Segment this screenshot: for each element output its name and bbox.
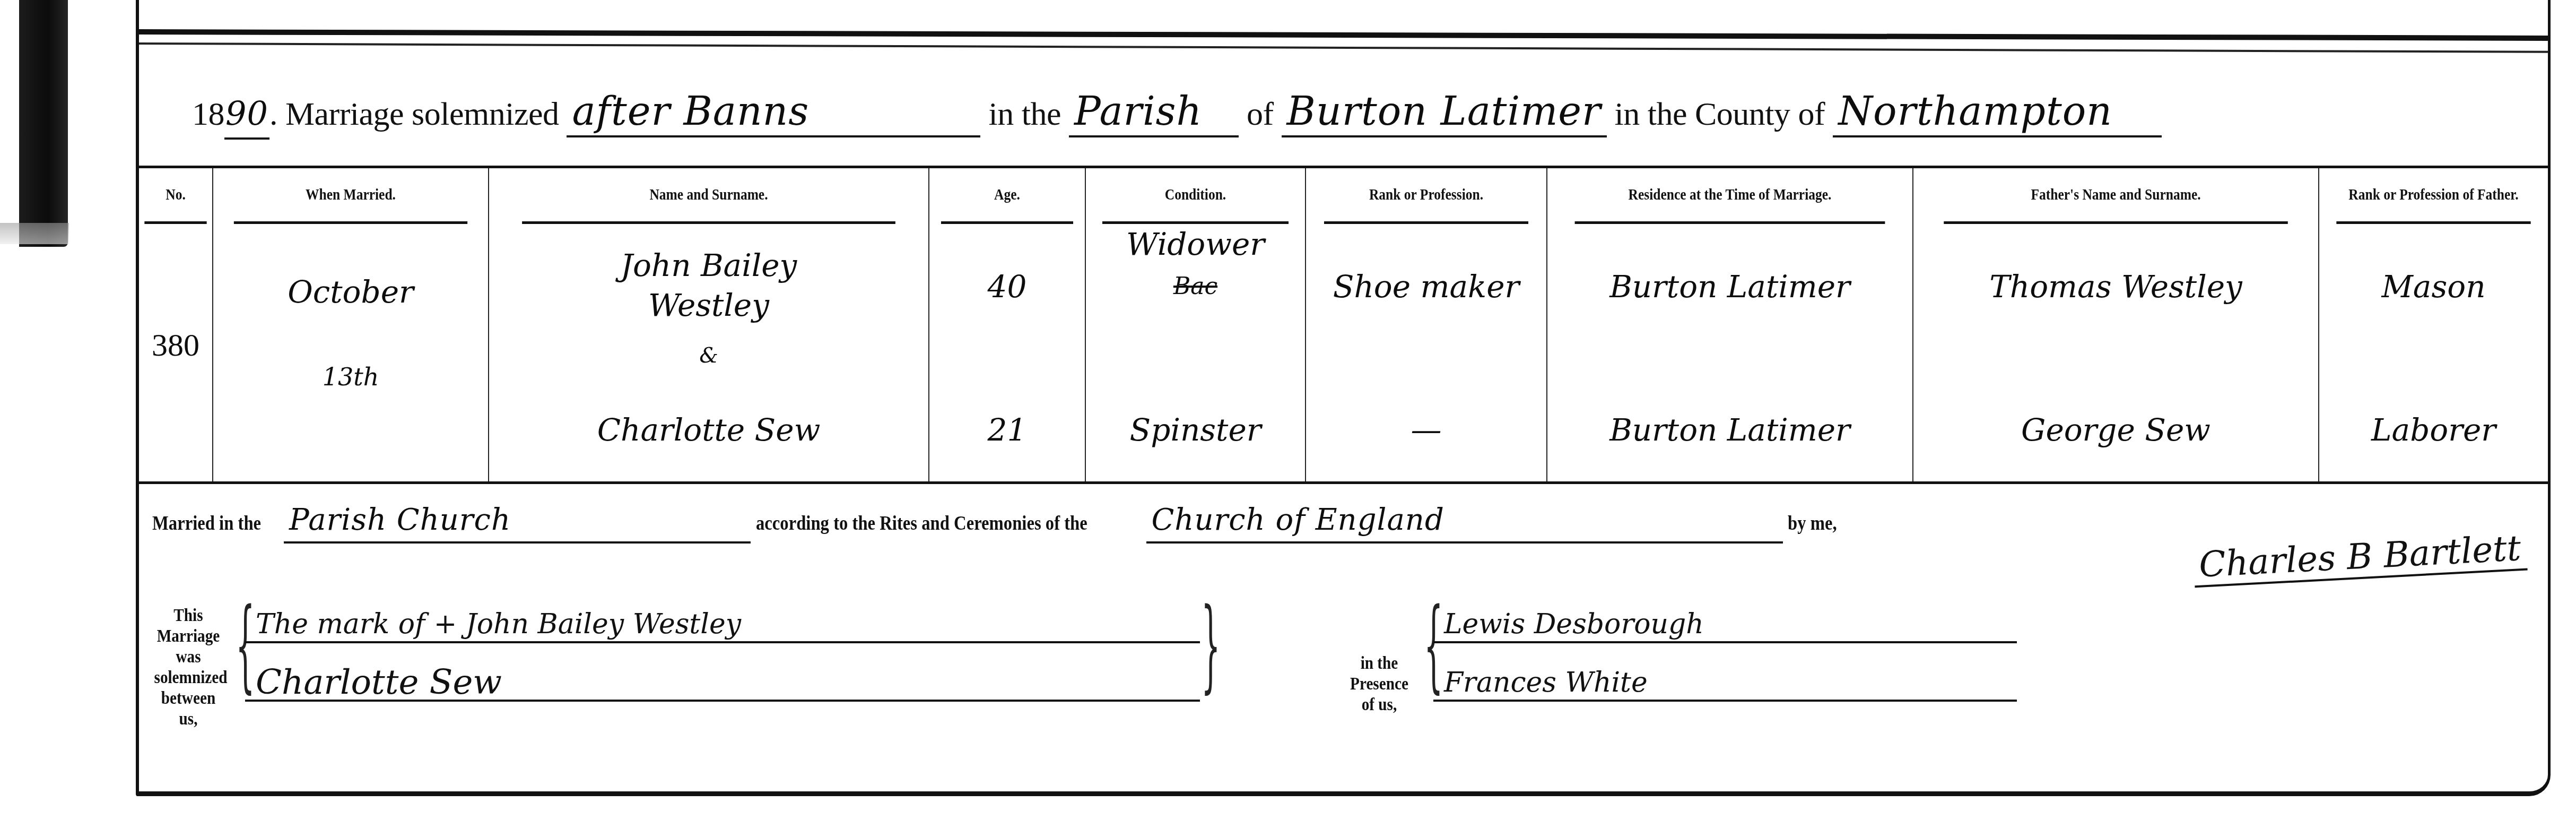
presence-label: in the Presence of us, [1347, 653, 1411, 715]
bride-profession: — [1306, 412, 1546, 447]
in-the-county-label: in the County [1615, 90, 1790, 138]
groom-condition-struck: Bac [1086, 269, 1305, 304]
entry-number: 380 [139, 327, 212, 363]
in-the-label: in the [988, 90, 1060, 138]
film-strip-shadow [0, 223, 69, 244]
between-label-line-2: was [154, 646, 223, 667]
solemnized-how: after Banns [567, 88, 980, 137]
groom-father-profession: Mason [2319, 269, 2548, 304]
presence-label-line-3: of us, [1347, 694, 1411, 715]
register-heading: 1890. Marriage solemnized after Banns in… [192, 88, 2537, 135]
column-profession: Rank or Profession. Shoe maker — [1306, 168, 1547, 481]
column-header-name: Name and Surname. [522, 168, 895, 224]
witness-2-signature: Frances White [1433, 663, 2017, 702]
by-me-label: by me, [1788, 502, 1837, 545]
bride-age: 21 [929, 412, 1085, 447]
top-rule [139, 29, 2548, 41]
column-when-married: When Married. October 13th [213, 168, 489, 481]
groom-condition: Widower [1086, 227, 1305, 262]
bride-residence: Burton Latimer [1547, 412, 1912, 447]
presence-label-line-2: Presence [1347, 674, 1411, 694]
between-label-line-3: solemnized [154, 667, 223, 688]
bride-condition: Spinster [1086, 412, 1305, 447]
according-to-label: according to the Rites and Ceremonies of… [756, 502, 1087, 545]
presence-label-line-1: in the [1347, 653, 1411, 674]
marriage-month: October [213, 274, 488, 309]
groom-residence: Burton Latimer [1547, 269, 1912, 304]
of-label-2: of [1798, 90, 1825, 138]
ceremony-line: Married in the Parish Church according t… [152, 499, 2539, 541]
groom-father-name: Thomas Westley [1913, 269, 2318, 304]
column-header-when-married: When Married. [234, 168, 467, 224]
bride-father-name: George Sew [1913, 412, 2318, 447]
groom-name-line1: John Bailey [489, 248, 928, 283]
column-header-condition: Condition. [1102, 168, 1289, 224]
between-us-label: This Marriage was solemnized between us, [154, 605, 223, 729]
column-residence: Residence at the Time of Marriage. Burto… [1547, 168, 1913, 481]
column-age: Age. 40 21 [929, 168, 1086, 481]
party-2-signature: Charlotte Sew [245, 663, 1200, 702]
column-number: No. 380 [139, 168, 213, 481]
district-type: Parish [1069, 88, 1239, 137]
married-in-the-label: Married in the [152, 502, 261, 545]
bride-name: Charlotte Sew [489, 412, 928, 447]
bride-father-profession: Laborer [2319, 412, 2548, 447]
groom-profession: Shoe maker [1306, 269, 1546, 304]
column-condition: Condition. Widower Bac Spinster [1086, 168, 1306, 481]
groom-name-line2: Westley [489, 288, 928, 323]
groom-age: 40 [929, 269, 1085, 304]
column-header-profession: Rank or Profession. [1324, 168, 1528, 224]
year-suffix: 90 [224, 90, 269, 140]
county-name: Northampton [1833, 88, 2162, 137]
marriage-register-entry: 1890. Marriage solemnized after Banns in… [136, 0, 2551, 796]
marriage-solemnized-label: . Marriage solemnized [269, 90, 559, 138]
column-father-profession: Rank or Profession of Father. Mason Labo… [2319, 168, 2548, 481]
conjunction: & [489, 338, 928, 373]
column-father-name: Father's Name and Surname. Thomas Westle… [1913, 168, 2319, 481]
place-of-marriage: Parish Church [284, 499, 751, 544]
column-header-father-profession: Rank or Profession of Father. [2336, 168, 2530, 224]
place-name: Burton Latimer [1282, 88, 1607, 137]
witness-1-signature: Lewis Desborough [1433, 605, 2017, 643]
column-name: Name and Surname. John Bailey Westley & … [489, 168, 929, 481]
register-table: No. 380 When Married. October 13th Name … [139, 166, 2548, 484]
of-label-1: of [1247, 90, 1274, 138]
between-label-line-1: This Marriage [154, 605, 223, 646]
church-denomination: Church of England [1146, 499, 1783, 544]
between-label-line-4: between us, [154, 688, 223, 729]
column-header-father-name: Father's Name and Surname. [1944, 168, 2288, 224]
column-header-age: Age. [941, 168, 1073, 224]
top-rule-secondary [139, 42, 2548, 53]
right-brace: } [1201, 594, 1220, 695]
party-1-signature: The mark of + John Bailey Westley [245, 605, 1200, 643]
column-header-residence: Residence at the Time of Marriage. [1575, 168, 1885, 224]
film-strip-edge [19, 0, 68, 247]
marriage-day: 13th [213, 359, 488, 394]
year-prefix: 18 [192, 90, 224, 138]
column-header-number: No. [144, 168, 206, 224]
